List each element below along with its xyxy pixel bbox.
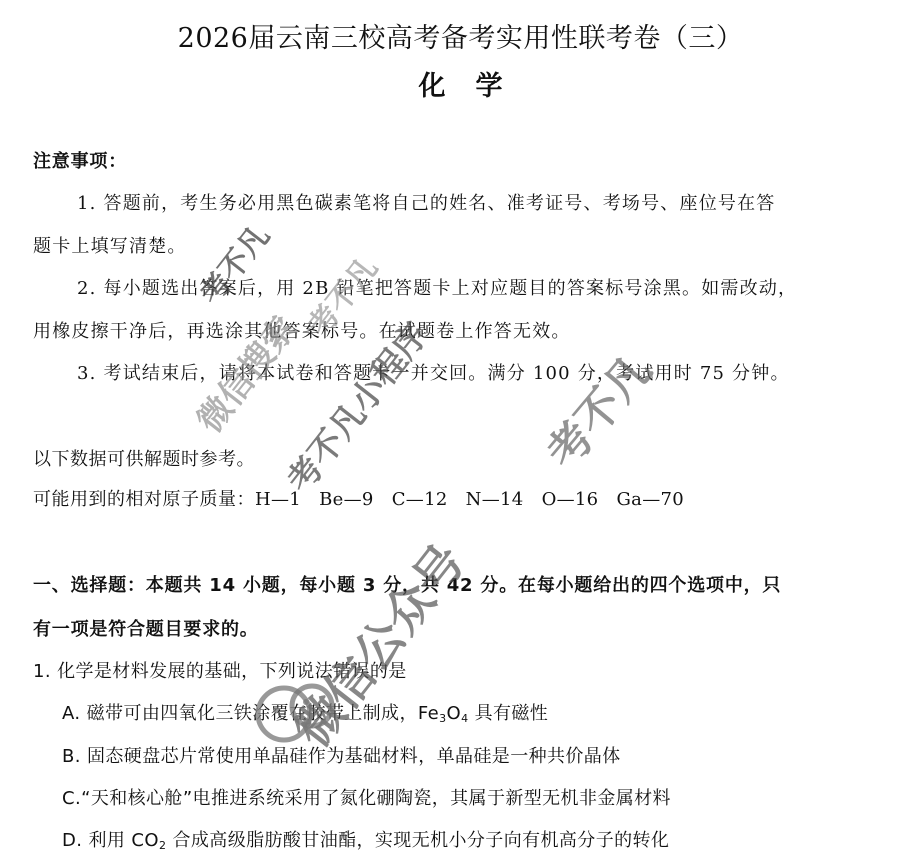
notice-item-3-line1: 3. 考试结束后，请将本试卷和答题卡一并交回。满分 100 分，考试用时 75 … xyxy=(77,363,790,385)
notice-item-1-line2: 题卡上填写清楚。 xyxy=(33,236,187,258)
atomic-mass-label: 可能用到的相对原子质量： xyxy=(33,489,255,510)
watermark-text: 考不凡 xyxy=(529,338,663,480)
question1-option-d: D. 利用 CO2 合成高级脂肪酸甘油酯，实现无机小分子向有机高分子的转化 xyxy=(62,830,669,852)
document-subject: 化学 xyxy=(0,70,921,104)
reference-intro: 以下数据可供解题时参考。 xyxy=(33,449,255,471)
atomic-mass-values: H—1 Be—9 C—12 N—14 O—16 Ga—70 xyxy=(255,489,684,510)
notice-item-1-line1: 1. 答题前，考生务必用黑色碳素笔将自己的姓名、准考证号、考场号、座位号在答 xyxy=(77,193,776,215)
question1-option-c: C.“天和核心舱”电推进系统采用了氮化硼陶瓷，其属于新型无机非金属材料 xyxy=(62,788,671,810)
section1-header-line2: 有一项是符合题目要求的。 xyxy=(33,619,259,641)
exam-page: 2026届云南三校高考备考实用性联考卷（三） 化学 注意事项： 1. 答题前，考… xyxy=(0,0,921,862)
notice-item-2-line1: 2. 每小题选出答案后，用 2B 铅笔把答题卡上对应题目的答案标号涂黑。如需改动… xyxy=(77,278,797,300)
question1-option-b: B. 固态硬盘芯片常使用单晶硅作为基础材料，单晶硅是一种共价晶体 xyxy=(62,746,621,768)
atomic-mass-line: 可能用到的相对原子质量：H—1 Be—9 C—12 N—14 O—16 Ga—7… xyxy=(33,489,684,511)
document-title: 2026届云南三校高考备考实用性联考卷（三） xyxy=(0,22,921,56)
notice-item-2-line2: 用橡皮擦干净后，再选涂其他答案标号。在试题卷上作答无效。 xyxy=(33,321,571,343)
question1-option-a: A. 磁带可由四氧化三铁涂覆在胶带上制成，Fe3O4 具有磁性 xyxy=(62,703,548,725)
section1-header-line1: 一、选择题：本题共 14 小题，每小题 3 分，共 42 分。在每小题给出的四个… xyxy=(33,575,781,597)
question1-stem: 1. 化学是材料发展的基础，下列说法错误的是 xyxy=(33,661,407,683)
notice-heading: 注意事项： xyxy=(33,151,127,173)
